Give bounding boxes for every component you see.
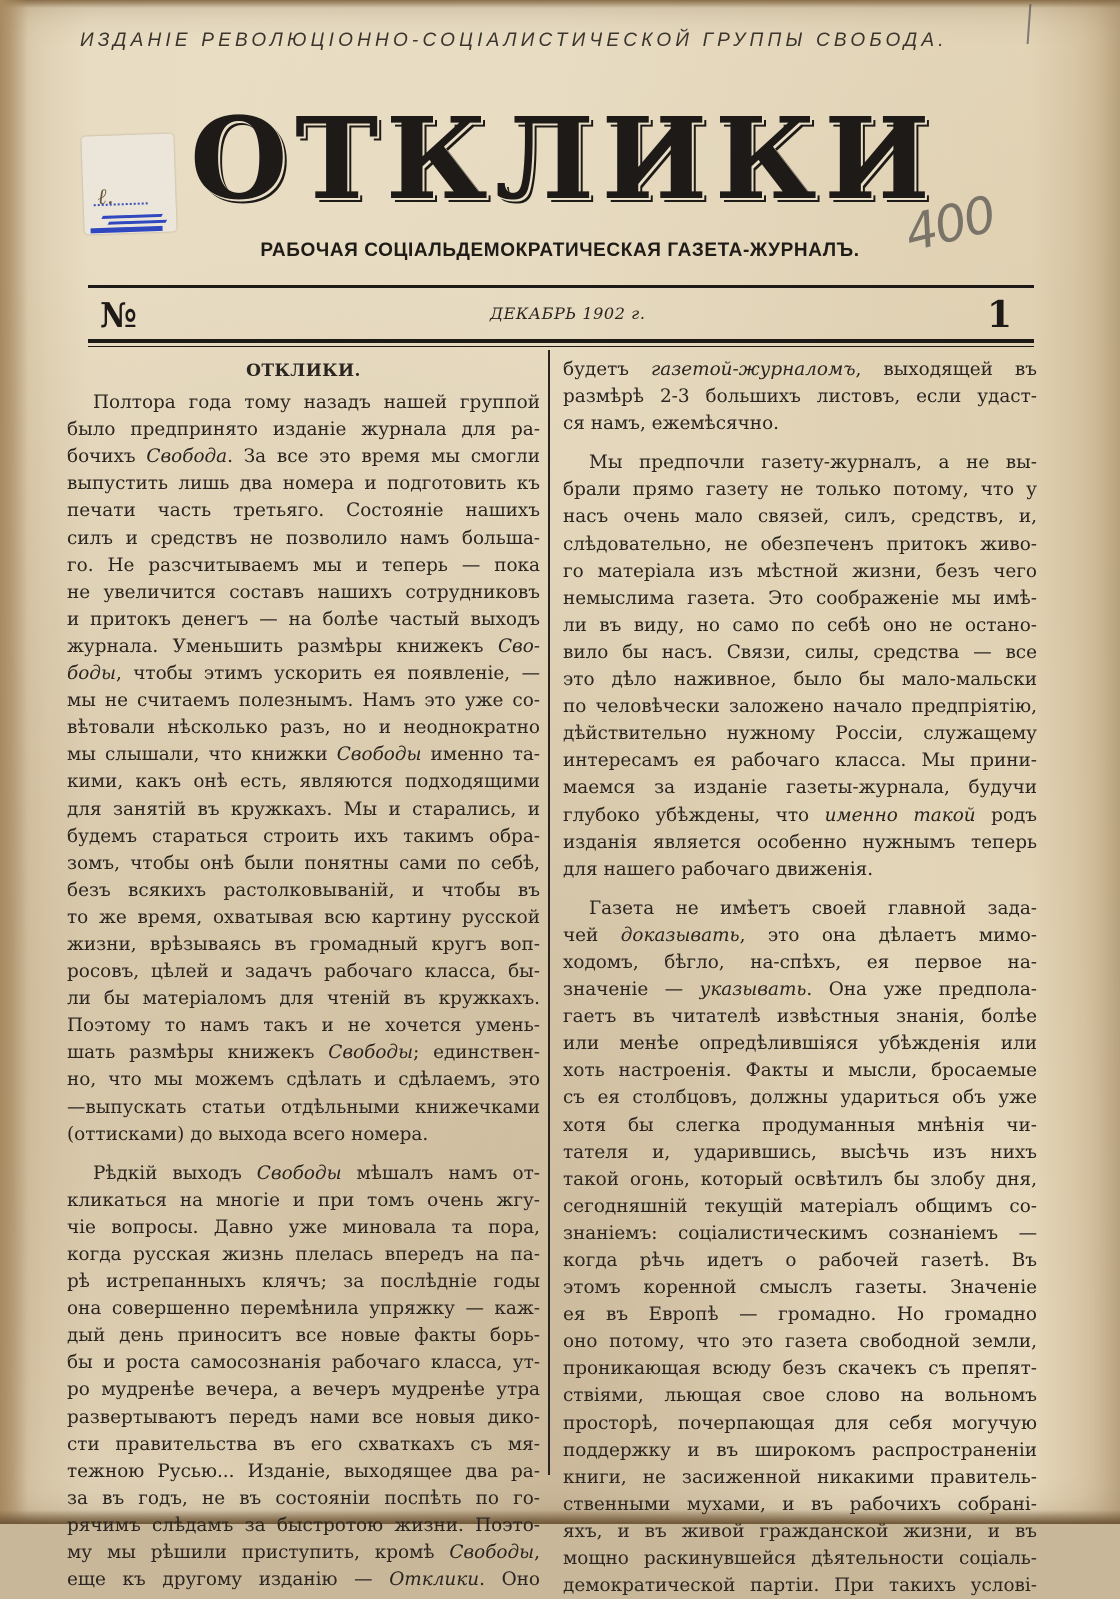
article-line: безъ всякихъ растолковываній, и чтобы въ — [67, 877, 540, 904]
article-line: этомъ коренной смыслъ газеты. Значеніе — [563, 1274, 1037, 1301]
article-line: интересамъ ея рабочаго класса. Мы прини- — [563, 747, 1037, 774]
article-line: изданія является особенно нужнымъ теперь — [563, 829, 1037, 856]
article-line: съ ея столбцовъ, должны удариться объ уж… — [563, 1084, 1037, 1111]
article-line: для занятій въ кружкахъ. Мы и старались,… — [67, 796, 540, 823]
article-line: тателя и, ударившись, высѣчь изъ нихъ — [563, 1139, 1037, 1166]
article-line: но, что мы можемъ сдѣлать и сдѣлаемъ, эт… — [67, 1066, 540, 1093]
article-line: бочихъ Свобода. За все это время мы смог… — [67, 443, 540, 470]
article-line: го. Не разсчитываемъ мы и теперь — пока — [67, 552, 540, 579]
article-line: мы слышали, что книжки Свободы именно та… — [67, 741, 540, 768]
article-line: оно потому, что это газета свободной зем… — [563, 1328, 1037, 1355]
masthead-letter: И — [602, 104, 708, 216]
article-line: будемъ стараться строить ихъ такимъ обра… — [67, 823, 540, 850]
stamp-stripe — [91, 226, 163, 234]
article-line: просторѣ, почерпающая для себя могучую — [563, 1410, 1037, 1437]
article-line: насъ очень мало связей, силъ, средствъ, … — [563, 503, 1037, 530]
article-line: дый день приноситъ все новые факты борь- — [67, 1322, 540, 1349]
article-line: по человѣчески заложено начало предпріят… — [563, 693, 1037, 720]
article-line: это дѣло наживное, было бы мало-мальски — [563, 666, 1037, 693]
stamp-dotted-line — [94, 202, 148, 206]
masthead-letter: Т — [295, 104, 378, 216]
article-line: выпустить лишь два номера и подготовить … — [67, 470, 540, 497]
article-line: глубоко убѣждены, что именно такой родъ — [563, 802, 1037, 829]
article-line: го матеріала изъ мѣстной жизни, безъ чег… — [563, 558, 1037, 585]
article-line: немыслима газета. Это соображеніе мы имѣ… — [563, 585, 1037, 612]
article-title: ОТКЛИКИ. — [67, 358, 540, 385]
article-line: гаетъ въ читателѣ извѣстныя знанія, болѣ… — [563, 1003, 1037, 1030]
article-line: будетъ газетой-журналомъ, выходящей въ — [563, 356, 1037, 383]
issue-info-row: № ДЕКАБРЬ 1902 г. 1 — [88, 296, 1034, 336]
article-line: ственными мухами, и въ рабочихъ собрані- — [563, 1491, 1037, 1518]
article-column-right: будетъ газетой-журналомъ, выходящей въра… — [563, 356, 1037, 1524]
article-line: вѣтовали нѣсколько разъ, но и неоднократ… — [67, 714, 540, 741]
masthead-letter: К — [715, 104, 817, 216]
stamp-stripe — [101, 214, 163, 219]
article-line: размѣрѣ 2-3 большихъ листовъ, если удаст… — [563, 383, 1037, 410]
header-rule-bottom-thin — [88, 346, 1034, 347]
header-rule-bottom — [88, 339, 1034, 343]
stamp-scribble: ℓ. — [97, 184, 114, 211]
article-line: яхъ, и въ живой гражданской жизни, и въ — [563, 1518, 1037, 1524]
masthead-title: ОТКЛИКИ — [190, 105, 930, 215]
issue-number: 1 — [987, 294, 1012, 336]
article-line: когда русская жизнь плелась впередъ на п… — [67, 1241, 540, 1268]
article-line: журнала. Уменьшить размѣры книжекъ Сво- — [67, 633, 540, 660]
article-line: кими, какъ онѣ есть, являются подходящим… — [67, 768, 540, 795]
article-line: то же время, охватывая всю картину русск… — [67, 904, 540, 931]
article-line: ея въ Европѣ — громадно. Но громадно — [563, 1301, 1037, 1328]
masthead-letter: К — [386, 104, 488, 216]
article-line: росовъ, цѣлей и задачъ рабочаго класса, … — [67, 958, 540, 985]
article-line: силъ и средствъ не позволило намъ больша… — [67, 525, 540, 552]
article-line: хотя бы слегка продуманныя мнѣнія чи- — [563, 1112, 1037, 1139]
article-line: Рѣдкій выходъ Свободы мѣшалъ намъ от- — [67, 1160, 540, 1187]
masthead-subtitle: РАБОЧАЯ СОЦІАЛЬДЕМОКРАТИЧЕСКАЯ ГАЗЕТА-ЖУ… — [230, 240, 890, 262]
article-line: тежною Русью... Изданіе, выходящее два р… — [67, 1458, 540, 1485]
article-line: проникающая всюду безъ скачекъ съ препят… — [563, 1355, 1037, 1382]
article-line: или менѣе опредѣлившіяся убѣжденія или — [563, 1030, 1037, 1057]
article-line: ствіями, льющая свое слово на вольномъ — [563, 1382, 1037, 1409]
article-line: сти правительства въ его схваткахъ съ мя… — [67, 1431, 540, 1458]
article-line: сегодняшній текущій матеріалъ общимъ со- — [563, 1193, 1037, 1220]
article-line: брали прямо газету не только потому, что… — [563, 476, 1037, 503]
article-line: ли въ виду, но само по себѣ оно не остан… — [563, 612, 1037, 639]
article-line: ро мудренѣе вечера, а вечеръ мудренѣе ут… — [67, 1376, 540, 1403]
masthead-letter: И — [824, 104, 930, 216]
article-line: ходомъ, бѣгло, на-спѣхъ, ея первое на- — [563, 949, 1037, 976]
article-line: рячимъ слѣдамъ за быстротою жизни. Поэто… — [67, 1512, 540, 1524]
article-line: ли бы матеріаломъ для чтеній въ кружкахъ… — [67, 985, 540, 1012]
article-line: чей доказывать, это она дѣлаетъ мимо- — [563, 922, 1037, 949]
article-line: хоть настроенія. Факты и мысли, бросаемы… — [563, 1057, 1037, 1084]
article-column-left: ОТКЛИКИ. Полтора года тому назадъ нашей … — [67, 358, 540, 1524]
header-rule-top — [88, 285, 1034, 288]
masthead-letter: О — [190, 104, 288, 216]
article-line: книги, не засиженной никакими правитель- — [563, 1464, 1037, 1491]
article-line: боды, чтобы этимъ ускорить ея появленіе,… — [67, 660, 540, 687]
article-line: было предпринято изданіе журнала для ра- — [67, 416, 540, 443]
article-line: не увеличится составъ нашихъ сотрудников… — [67, 579, 540, 606]
article-line: рѣ истрепанныхъ клячъ; за послѣдніе годы — [67, 1268, 540, 1295]
article-line: для нашего рабочаго движенія. — [563, 856, 1037, 883]
issue-number-label: № — [100, 296, 137, 336]
stamp-stripe — [108, 220, 168, 225]
article-line: за въ годъ, не въ состояніи поспѣть по г… — [67, 1485, 540, 1512]
article-line: жизни, врѣзываясь въ громадный кругъ воп… — [67, 931, 540, 958]
article-line: печати часть третьяго. Состояніе нашихъ — [67, 497, 540, 524]
issue-date: ДЕКАБРЬ 1902 г. — [490, 304, 646, 323]
article-line: зомъ, чтобы онѣ были понятны сами по себ… — [67, 850, 540, 877]
article-line: (оттисками) до выхода всего номера. — [67, 1121, 540, 1148]
library-stamp-icon: ℓ. — [81, 133, 176, 234]
article-line: дѣйствительно нужному Россіи, служащему — [563, 720, 1037, 747]
article-line: ся намъ, ежемѣсячно. — [563, 410, 1037, 437]
article-line: и притокъ денегъ — на болѣе частый выход… — [67, 606, 540, 633]
article-line: кликаться на многіе и при томъ очень жгу… — [67, 1187, 540, 1214]
publisher-line: ИЗДАНІЕ РЕВОЛЮЦІОННО-СОЦІАЛИСТИЧЕСКОЙ ГР… — [80, 30, 1040, 52]
paper-edge-left — [0, 0, 28, 1524]
column-divider — [548, 350, 550, 1475]
article-line: Поэтому то намъ такъ и не хочется умень- — [67, 1012, 540, 1039]
article-line: значеніе — указывать. Она уже предпола- — [563, 976, 1037, 1003]
article-line: развертываютъ передъ нами все новыя дико… — [67, 1404, 540, 1431]
article-line: Полтора года тому назадъ нашей группой — [67, 389, 540, 416]
newspaper-page: ИЗДАНІЕ РЕВОЛЮЦІОННО-СОЦІАЛИСТИЧЕСКОЙ ГР… — [0, 0, 1120, 1524]
article-line: поддержку и въ широкомъ распространеніи — [563, 1437, 1037, 1464]
article-line: такой огонь, который освѣтилъ бы злобу д… — [563, 1166, 1037, 1193]
article-line: вило бы насъ. Связи, силы, средства — вс… — [563, 639, 1037, 666]
article-line: знаніемъ: соціалистическимъ сознаніемъ — — [563, 1220, 1037, 1247]
paper-edge-top — [0, 0, 1120, 8]
article-line: —выпускать статьи отдѣльными книжечками — [67, 1094, 540, 1121]
article-line: шать размѣры книжекъ Свободы; единствен- — [67, 1039, 540, 1066]
article-line: когда рѣчь идетъ о рабочей газетѣ. Въ — [563, 1247, 1037, 1274]
article-line: мы не считаемъ полезнымъ. Намъ это уже с… — [67, 687, 540, 714]
article-line: Газета не имѣетъ своей главной зада- — [563, 895, 1037, 922]
article-line: бы и роста самосознанія рабочаго класса,… — [67, 1349, 540, 1376]
article-line: маемся за изданіе газеты-журнала, будучи — [563, 774, 1037, 801]
article-line: Мы предпочли газету-журналъ, а не вы- — [563, 449, 1037, 476]
article-line: она совершенно перемѣнила упряжку — каж- — [67, 1295, 540, 1322]
article-line: слѣдовательно, не обезпеченъ притокъ жив… — [563, 531, 1037, 558]
masthead-letter: Л — [495, 104, 594, 216]
article-line: чіе вопросы. Давно уже миновала та пора, — [67, 1214, 540, 1241]
